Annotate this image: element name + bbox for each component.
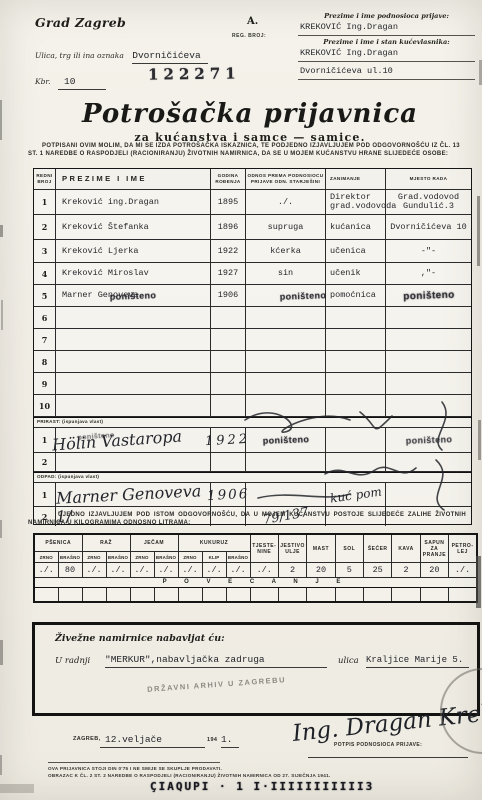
cell-relation: ./. (246, 190, 326, 214)
cell-occupation-text: učenik (330, 269, 361, 278)
table-row: 6 (34, 307, 471, 329)
inverted-stamp: ÇIAQUPI · 1 I·IIIIIIIIIII3 (150, 780, 374, 793)
cell-occupation: učenik (326, 263, 386, 284)
fineprint-line-1: OVA PRIJAVNICA STOJI DIN 0'75 I NE SMIJE… (48, 766, 222, 771)
shop-radnji-value: "MERKUR",nabavljačka zadruga (105, 654, 265, 665)
cell-workplace (386, 483, 471, 506)
cell-num-text: 2 (42, 222, 48, 232)
cell-occupation-text: kućanica (330, 223, 371, 232)
cell-workplace-text: -"- (421, 247, 436, 256)
cell-year: 1906 (211, 483, 246, 506)
page-title: Potrošačka prijavnica (28, 99, 472, 129)
cell-relation (246, 307, 326, 328)
cell-num-text: 8 (42, 357, 48, 367)
supply-value: 25 (364, 563, 392, 578)
cell-relation-text: supruga (268, 223, 304, 232)
cell-name: Kreković Ljerka (56, 240, 211, 262)
ponisteno-stamp: poništeno (279, 290, 326, 302)
cell-num-text: 1 (42, 197, 48, 207)
cell-name (56, 329, 211, 350)
supply-empty (34, 588, 58, 603)
cell-year: 1927 (211, 263, 246, 284)
cell-year (211, 373, 246, 394)
column-header-label: ZANIMANJE (330, 176, 360, 182)
street-line: Ulica, trg ili ina oznaka Dvorničićeva (35, 45, 208, 64)
supply-empty (130, 588, 154, 603)
scan-artifact (478, 420, 481, 460)
ponisteno-stamp: poništeno (110, 290, 157, 302)
cell-relation (246, 395, 326, 416)
cell-relation: poništeno (246, 285, 326, 306)
supply-empty (449, 588, 477, 603)
cell-year (211, 307, 246, 328)
cell-relation: kćerka (246, 240, 326, 262)
supply-empty (335, 588, 363, 603)
table-row: 3Kreković Ljerka1922kćerkaučenica-"- (34, 240, 471, 263)
cell-workplace: poništeno (386, 285, 471, 306)
ponisteno-stamp: poništeno (262, 434, 309, 446)
landlord-label: Prezime i ime i stan kućevlasnika: (298, 38, 475, 46)
cell-occupation-text: pomoćnica (330, 291, 376, 300)
scan-artifact (0, 784, 34, 793)
supply-empty (82, 588, 106, 603)
scan-artifact (0, 640, 3, 665)
cell-num: 10 (34, 395, 56, 416)
cell-num-text: 7 (42, 335, 48, 345)
cell-year: 1906 (211, 285, 246, 306)
column-header: ODNOS PREMA PODNOSIOCU PRIJAVE ODN. STAR… (246, 169, 326, 189)
cell-workplace (386, 395, 471, 416)
cell-occupation-text: učenica (330, 247, 366, 256)
supply-value: ./. (34, 563, 58, 578)
cell-num: 3 (34, 240, 56, 262)
supplies-group-row: PŠENICARAŽJEČAMKUKURUZTJESTE- NINEJESTIV… (34, 534, 477, 552)
cell-year (211, 453, 246, 471)
cell-occupation: kuć pom (326, 483, 386, 506)
supplies-sub-header: ZRNO (82, 552, 106, 563)
kbr-value: 10 (64, 76, 75, 87)
table-row: 9 (34, 373, 471, 395)
cell-year-text: 1906 (206, 485, 249, 503)
supplies-sub-header: ZRNO (34, 552, 58, 563)
cell-workplace (386, 351, 471, 372)
cell-relation-text: sin (278, 269, 293, 278)
supplies-sub-header: KLIP (202, 552, 226, 563)
street-label: Ulica, trg ili ina oznaka (35, 51, 124, 60)
archive-stamp: DRŽAVNI ARHIV U ZAGREBU (147, 675, 286, 694)
supplies-column-header: PETRO- LEJ (449, 534, 477, 563)
cell-workplace (386, 373, 471, 394)
cell-name-text: Kreković ing.Dragan (62, 198, 159, 207)
supply-empty (250, 588, 278, 603)
supplies-sub-header: BRAŠNO (154, 552, 178, 563)
cell-num: 9 (34, 373, 56, 394)
cell-occupation: učenica (326, 240, 386, 262)
table-row: 5Marner Genovevaponišteno1906poništenopo… (34, 285, 471, 307)
cell-year-text: 1922 (205, 431, 251, 448)
cell-name-text: Hölin Vastaropa (51, 426, 182, 454)
cell-name: Kreković Štefanka (56, 215, 211, 239)
cell-num-text: 6 (42, 313, 48, 323)
cell-name-text: Kreković Ljerka (62, 247, 139, 256)
supplies-column-header: MAST (307, 534, 335, 563)
cell-name: Marner Genoveva (56, 483, 211, 506)
cell-workplace (386, 329, 471, 350)
supply-value: ./. (82, 563, 106, 578)
date-city-label: ZAGREB, (73, 736, 101, 742)
supply-empty (58, 588, 82, 603)
scan-artifact (0, 100, 2, 140)
supplies-group-header: RAŽ (82, 534, 130, 552)
increase-label: P O V E Ć A N J E (34, 578, 477, 588)
cell-relation: supruga (246, 215, 326, 239)
supply-empty (364, 588, 392, 603)
column-header: GODINA ROĐENJA (211, 169, 246, 189)
cell-num-text: 2 (42, 457, 48, 467)
cell-relation-text: kćerka (270, 247, 301, 256)
supply-value: ./. (106, 563, 130, 578)
fineprint-rule (48, 762, 220, 763)
cell-workplace: Grad.vodovod Gundulić.3 (386, 190, 471, 214)
cell-occupation (326, 307, 386, 328)
supply-value: ./. (250, 563, 278, 578)
column-header: MJESTO RADA (386, 169, 471, 189)
supply-empty (392, 588, 420, 603)
cell-workplace-text: ,"- (421, 269, 436, 278)
cell-workplace: poništeno (386, 428, 471, 452)
cell-name (56, 395, 211, 416)
table-row: 2 (34, 453, 471, 472)
year-value: 1. (221, 734, 232, 745)
odpad-label: ODPAD: (ispunjava vlast) (34, 472, 471, 483)
supplies-increase-row: P O V E Ć A N J E (34, 578, 477, 588)
cell-num-text: 3 (42, 246, 48, 256)
cell-year-text: 1927 (218, 269, 238, 278)
cell-num-text: 9 (42, 379, 48, 389)
cell-workplace-text: Grad.vodovod Gundulić.3 (398, 193, 459, 211)
scan-artifact (0, 755, 2, 775)
ponisteno-stamp: poništeno (405, 434, 452, 446)
kbr-label: Kbr. (35, 77, 51, 86)
reg-broj-label: REG. BROJ: (232, 33, 266, 39)
applicant-label: Prezime i ime podnosioca prijave: (298, 12, 475, 20)
cell-year-text: 1896 (218, 223, 238, 232)
cell-num-text: 5 (42, 291, 48, 301)
cell-year (211, 395, 246, 416)
supplies-group-header: PŠENICA (34, 534, 82, 552)
cell-occupation-text: kuć pom (329, 484, 382, 505)
cell-name (56, 351, 211, 372)
column-header: REDNI BROJ (34, 169, 56, 189)
column-header-label: MJESTO RADA (410, 176, 448, 182)
cell-name (56, 453, 211, 471)
applicant-block: Prezime i ime podnosioca prijave: KREKOV… (298, 12, 475, 82)
cell-name-text: Kreković Štefanka (62, 223, 149, 232)
supply-value: 2 (278, 563, 306, 578)
cell-name-text: Marner Genoveva (56, 481, 202, 508)
intro-paragraph: POTPISANI OVIM MOLIM, DA MI SE IZDA POTR… (28, 142, 460, 158)
scanned-form-sheet: Grad Zagreb Ulica, trg ili ina oznaka Dv… (0, 0, 482, 800)
declaration-paragraph: UJEDNO IZJAVLJUJEM POD ISTOM ODGOVORNOŠĆ… (28, 511, 466, 527)
street-value: Dvorničićeva (132, 50, 200, 61)
signature-label: POTPIS PODNOSIOCA PRIJAVE: (334, 742, 422, 748)
cell-name: Marner Genovevaponišteno (56, 285, 211, 306)
cell-year: 1896 (211, 215, 246, 239)
date-value: 12.veljače (105, 734, 162, 745)
supplies-column-header: JESTIVO ULJE (278, 534, 306, 563)
household-table: REDNI BROJPREZIME I IMEGODINA ROĐENJAODN… (33, 168, 472, 525)
supplies-column-header: TJESTE- NINE (250, 534, 278, 563)
section-letter: A. (247, 16, 258, 27)
cell-year (211, 351, 246, 372)
table-header-row: REDNI BROJPREZIME I IMEGODINA ROĐENJAODN… (34, 169, 471, 190)
cell-year (211, 329, 246, 350)
supplies-sub-header: ZRNO (178, 552, 202, 563)
scan-artifact (476, 556, 481, 608)
cell-year-text: 1906 (218, 291, 238, 300)
table-row: 7 (34, 329, 471, 351)
cell-num: 2 (34, 453, 56, 471)
kbr-line: Kbr. 10 (35, 71, 106, 90)
landlord-value: KREKOVIĆ Ing.Dragan (300, 48, 475, 58)
cell-num-text: 1 (42, 435, 48, 445)
supply-empty (278, 588, 306, 603)
supplies-column-header: SOL (335, 534, 363, 563)
cell-occupation (326, 453, 386, 471)
cell-occupation: Direktor grad.vodovoda (326, 190, 386, 214)
table-row: 1Marner Genoveva1906kuć pom (34, 483, 471, 507)
table-row: 8 (34, 351, 471, 373)
reg-number-stamp: 122271 (148, 64, 241, 83)
cell-year: 1922 (211, 428, 246, 452)
shop-ulica-label: ulica (338, 656, 359, 666)
cell-workplace-text: Dvorničićeva 10 (390, 223, 467, 232)
divider (298, 79, 475, 80)
supply-value: ./. (130, 563, 154, 578)
cell-year: 1922 (211, 240, 246, 262)
supplies-sub-header: ZRNO (130, 552, 154, 563)
signature-line (308, 757, 468, 758)
supply-value: 80 (58, 563, 82, 578)
column-header-label: ODNOS PREMA PODNOSIOCU PRIJAVE ODN. STAR… (246, 173, 325, 184)
supplies-table: PŠENICARAŽJEČAMKUKURUZTJESTE- NINEJESTIV… (33, 533, 478, 603)
cell-name-text: Kreković Miroslav (62, 269, 149, 278)
cell-occupation (326, 329, 386, 350)
cell-relation (246, 351, 326, 372)
cell-num: 5 (34, 285, 56, 306)
cell-relation (246, 373, 326, 394)
year-prefix: 194 (207, 737, 217, 743)
cell-year-text: 1895 (218, 198, 238, 207)
cell-relation-text: ./. (278, 198, 293, 207)
cell-name: Hölin Vastaropaponišteno (56, 428, 211, 452)
supply-empty (307, 588, 335, 603)
shop-heading: Živežne namirnice nabavljat ću: (55, 633, 225, 644)
table-row: 4Kreković Miroslav1927sinučenik,"- (34, 263, 471, 285)
fineprint-line-2: OBRAZAC K ČL. 2 ST. 2 NAREDBE O RASPODJE… (48, 773, 331, 778)
supply-value: 2 (392, 563, 420, 578)
column-header: PREZIME I IME (56, 169, 211, 189)
cell-workplace: Dvorničićeva 10 (386, 215, 471, 239)
city-name: Grad Zagreb (35, 15, 126, 30)
cell-workplace (386, 307, 471, 328)
cell-name (56, 373, 211, 394)
cell-num: 6 (34, 307, 56, 328)
prirast-label: PRIRAST: (ispunjava vlast) (34, 417, 471, 428)
supplies-group-header: KUKURUZ (178, 534, 250, 552)
cell-num: 1 (34, 190, 56, 214)
column-header: ZANIMANJE (326, 169, 386, 189)
supply-value: ./. (226, 563, 250, 578)
column-header-label: GODINA ROĐENJA (211, 173, 245, 184)
cell-year-text: 1922 (218, 247, 238, 256)
supplies-sub-header: BRAŠNO (58, 552, 82, 563)
supplies-empty-row (34, 588, 477, 603)
cell-name: Kreković ing.Dragan (56, 190, 211, 214)
cell-num: 1 (34, 483, 56, 506)
cell-occupation (326, 373, 386, 394)
cell-num-text: 1 (42, 490, 48, 500)
shop-box: Živežne namirnice nabavljat ću: U radnji… (32, 622, 480, 716)
supplies-values-row: ./.80./../../../../../../../.220525220./… (34, 563, 477, 578)
cell-num: 7 (34, 329, 56, 350)
cell-relation (246, 483, 326, 506)
cell-occupation: pomoćnica (326, 285, 386, 306)
cell-num: 2 (34, 215, 56, 239)
column-header-label: REDNI BROJ (34, 173, 55, 184)
column-header-label: PREZIME I IME (62, 176, 147, 182)
table-row: 1Kreković ing.Dragan1895./.Direktor grad… (34, 190, 471, 215)
table-row: 10 (34, 395, 471, 417)
cell-relation (246, 329, 326, 350)
cell-workplace: -"- (386, 240, 471, 262)
cell-num: 8 (34, 351, 56, 372)
supply-empty (202, 588, 226, 603)
supply-value: 20 (307, 563, 335, 578)
scan-artifact (0, 520, 2, 538)
supplies-sub-header: BRAŠNO (226, 552, 250, 563)
divider (298, 61, 475, 62)
divider (298, 35, 475, 36)
supplies-sub-header: BRAŠNO (106, 552, 130, 563)
cell-occupation (326, 428, 386, 452)
supplies-group-header: JEČAM (130, 534, 178, 552)
scan-artifact (0, 225, 3, 237)
ponisteno-stamp: poništeno (403, 289, 455, 302)
supplies-column-header: SAPUN ZA PRANJE (420, 534, 448, 563)
cell-num: 4 (34, 263, 56, 284)
shop-ulica-value: Kraljice Marije 5. (366, 655, 463, 665)
landlord-address: Dvorničićeva ul.10 (300, 66, 475, 76)
cell-occupation (326, 395, 386, 416)
cell-name (56, 307, 211, 328)
supply-empty (226, 588, 250, 603)
cell-occupation (326, 351, 386, 372)
scan-artifact (477, 196, 480, 266)
supply-value: ./. (202, 563, 226, 578)
cell-num-text: 10 (39, 401, 50, 411)
cell-relation (246, 453, 326, 471)
supplies-column-header: ŠEĆER (364, 534, 392, 563)
table-row: 1Hölin Vastaropaponišteno1922poništenopo… (34, 428, 471, 453)
table-row: 2Kreković Štefanka1896suprugakućanicaDvo… (34, 215, 471, 240)
title-block: Potrošačka prijavnica za kućanstva i sam… (28, 99, 472, 144)
cell-relation: poništeno (246, 428, 326, 452)
cell-num-text: 4 (42, 269, 48, 279)
supply-value: ./. (178, 563, 202, 578)
supply-empty (178, 588, 202, 603)
cell-year: 1895 (211, 190, 246, 214)
supplies-grid: PŠENICARAŽJEČAMKUKURUZTJESTE- NINEJESTIV… (33, 533, 478, 603)
supply-empty (154, 588, 178, 603)
supply-value: 20 (420, 563, 448, 578)
supply-empty (420, 588, 448, 603)
shop-radnji-label: U radnji (55, 656, 90, 666)
cell-relation: sin (246, 263, 326, 284)
cell-name: Kreković Miroslav (56, 263, 211, 284)
supply-value: ./. (449, 563, 477, 578)
supply-empty (106, 588, 130, 603)
cell-workplace: ,"- (386, 263, 471, 284)
supply-value: ./. (154, 563, 178, 578)
cell-workplace (386, 453, 471, 471)
cell-occupation: kućanica (326, 215, 386, 239)
scan-artifact (1, 300, 3, 330)
supply-value: 5 (335, 563, 363, 578)
applicant-value: KREKOVIĆ Ing.Dragan (300, 22, 475, 32)
supplies-column-header: KAVA (392, 534, 420, 563)
